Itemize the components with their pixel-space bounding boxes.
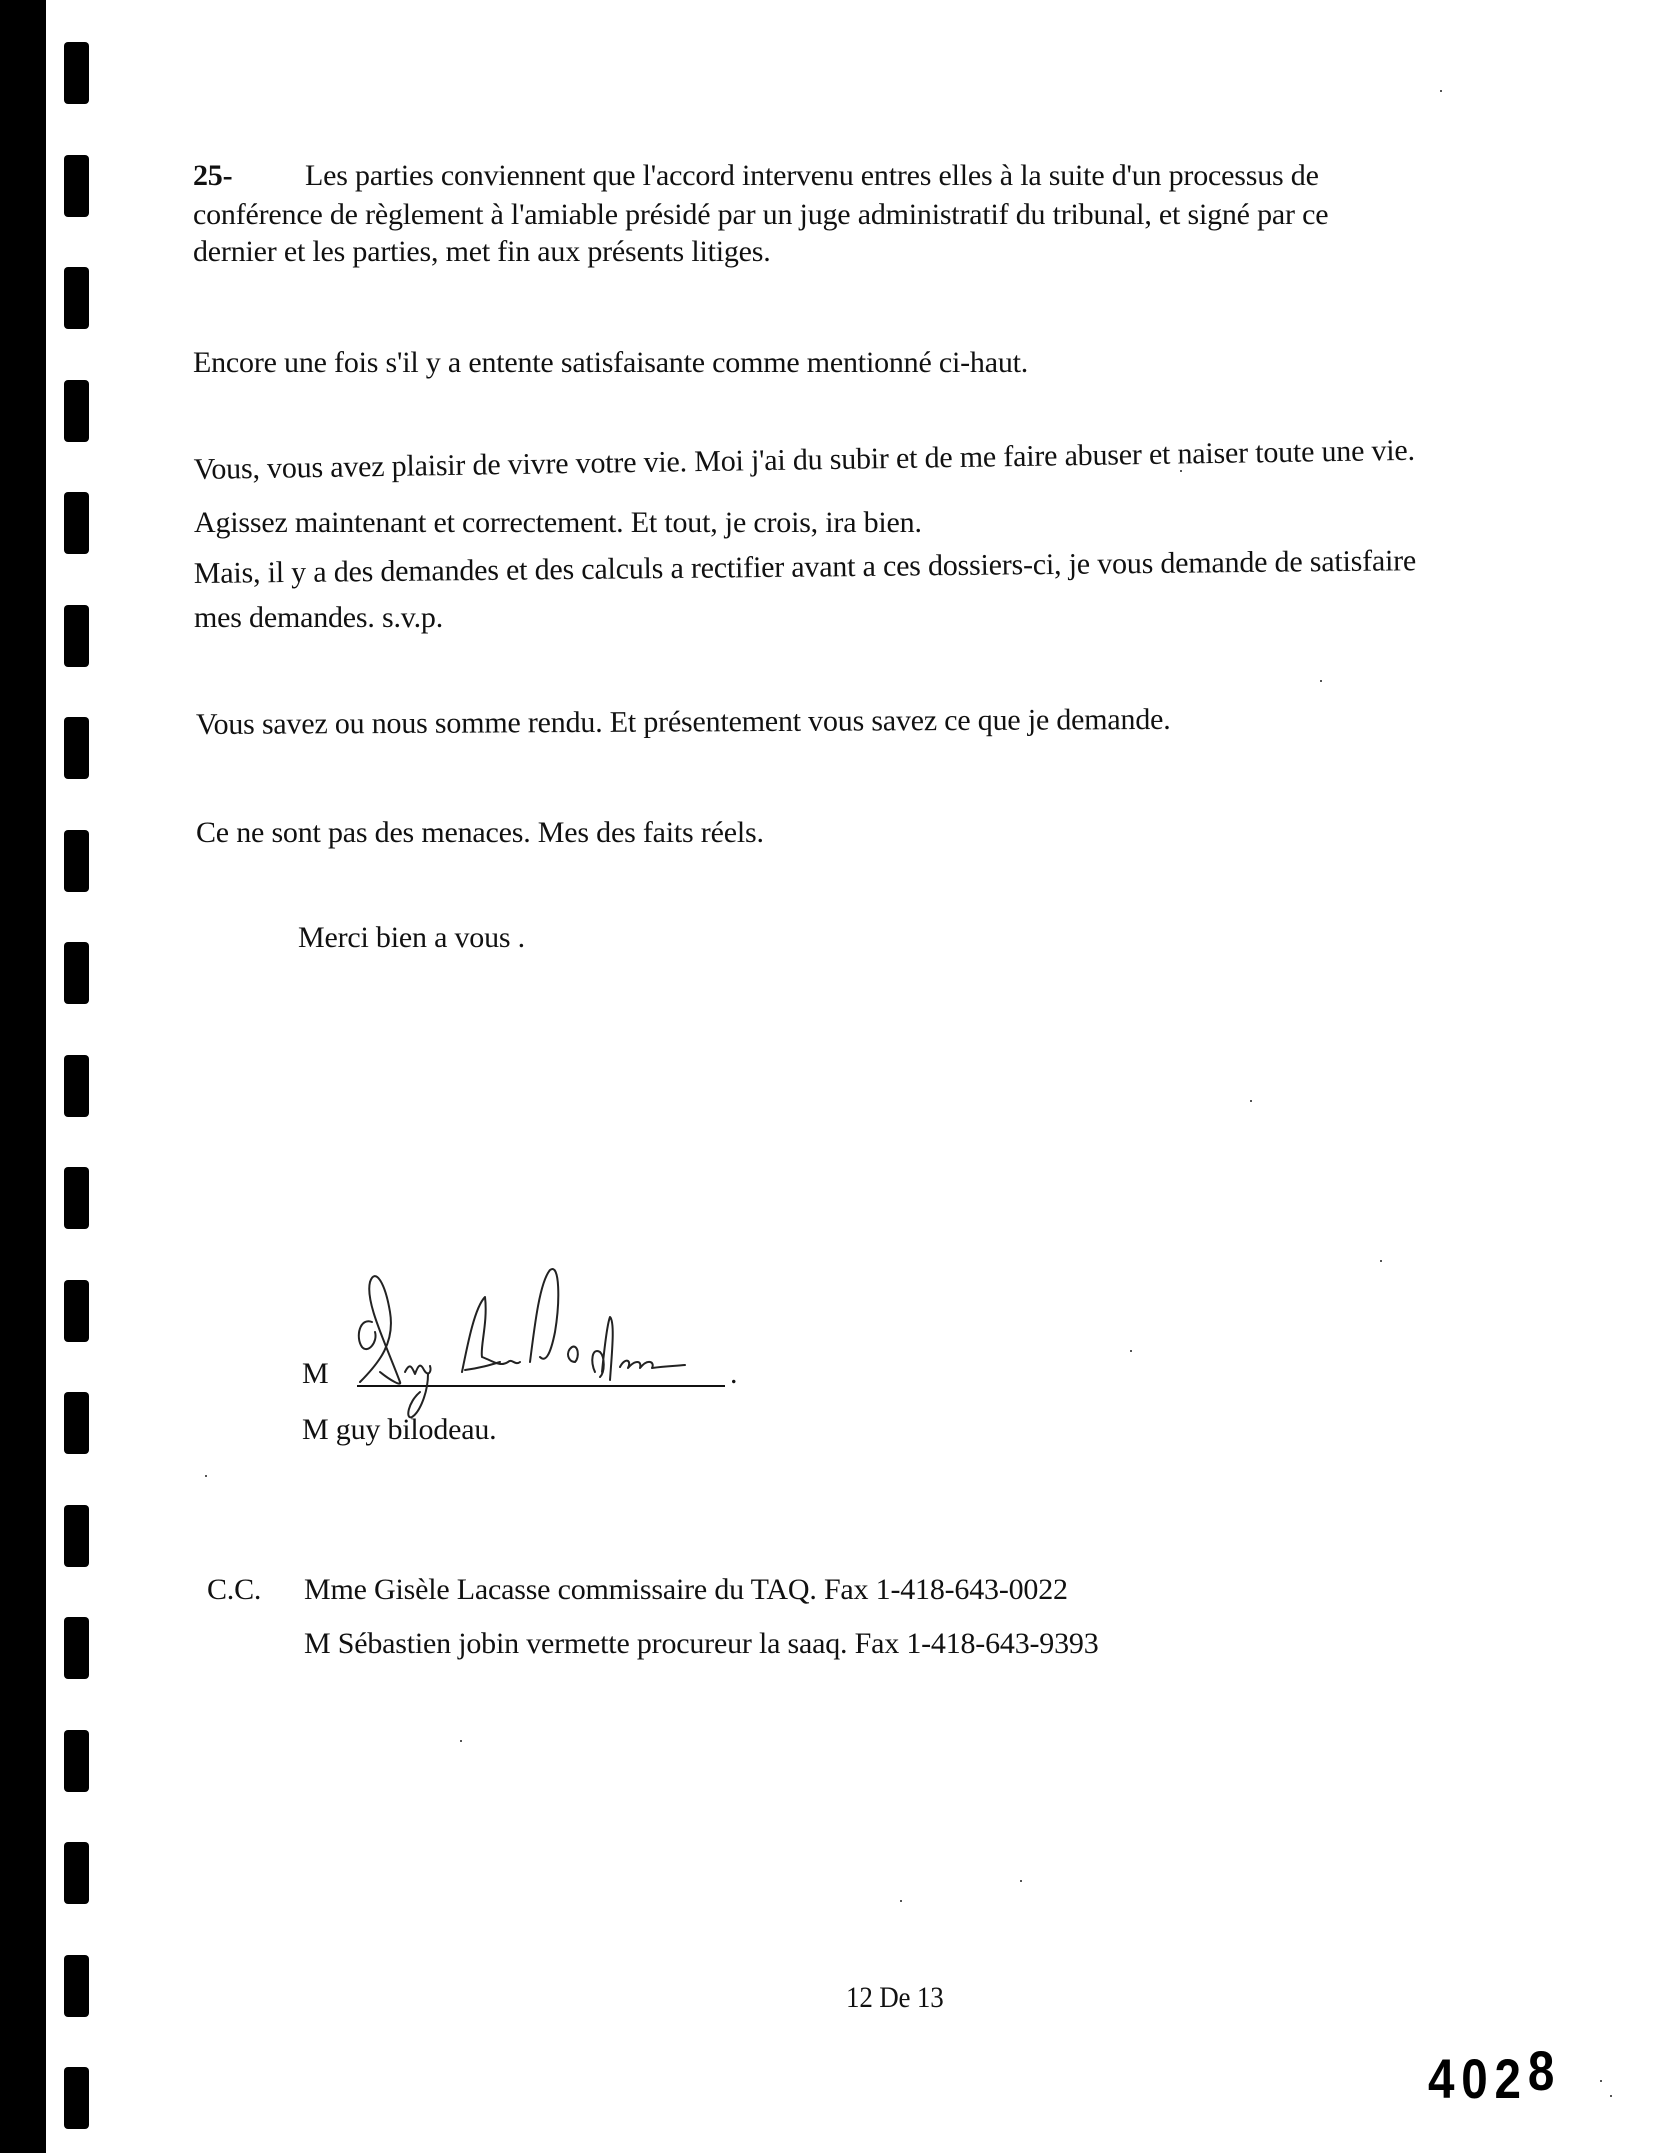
punch-mark [64, 1505, 89, 1567]
punch-mark [64, 267, 89, 329]
punch-mark [64, 380, 89, 442]
punch-mark [64, 1842, 89, 1904]
scan-speck [1440, 90, 1442, 92]
signature-prefix: M [302, 1359, 328, 1389]
punch-mark [64, 605, 89, 667]
mais-line-2: mes demandes. s.v.p. [194, 603, 443, 633]
menaces-line: Ce ne sont pas des menaces. Mes des fait… [196, 818, 764, 848]
scan-edge-black-strip [0, 0, 46, 2153]
agissez-line: Agissez maintenant et correctement. Et t… [194, 508, 922, 538]
closing-line: Merci bien a vous . [298, 923, 525, 953]
cc-recipient-2: M Sébastien jobin vermette procureur la … [304, 1629, 1099, 1659]
printed-signer-name: M guy bilodeau. [302, 1415, 496, 1445]
stamp-digits: 402 [1428, 2047, 1528, 2110]
punch-mark [64, 1280, 89, 1342]
scan-speck [1380, 1260, 1382, 1262]
punch-mark [64, 1955, 89, 2017]
punch-mark [64, 1055, 89, 1117]
punch-mark [64, 830, 89, 892]
mais-line-1: Mais, il y a des demandes et des calculs… [194, 546, 1417, 589]
scan-speck [1610, 2095, 1612, 2097]
punch-mark [64, 1167, 89, 1229]
paragraph-25-line-1: 25- Les parties conviennent que l'accord… [193, 161, 1319, 191]
scan-speck [460, 1740, 462, 1742]
scan-speck [1130, 1350, 1132, 1352]
handwritten-signature [350, 1262, 750, 1422]
punch-mark [64, 717, 89, 779]
punch-mark [64, 942, 89, 1004]
cc-recipient-1: Mme Gisèle Lacasse commissaire du TAQ. F… [304, 1575, 1068, 1605]
bates-stamp-number: 4028 [1428, 2046, 1561, 2111]
stamp-raised-digit: 8 [1528, 2039, 1561, 2102]
vous-plaisir-line: Vous, vous avez plaisir de vivre votre v… [194, 436, 1416, 485]
punch-mark [64, 1617, 89, 1679]
punch-mark [64, 1730, 89, 1792]
punch-mark [64, 2067, 89, 2129]
scanned-document-page: 25- Les parties conviennent que l'accord… [0, 0, 1653, 2153]
encore-line: Encore une fois s'il y a entente satisfa… [193, 348, 1028, 378]
paragraph-text: Les parties conviennent que l'accord int… [305, 159, 1319, 192]
punch-mark [64, 492, 89, 554]
page-number: 12 De 13 [846, 1983, 944, 2013]
paragraph-25-line-3: dernier et les parties, met fin aux prés… [193, 237, 771, 267]
scan-speck [205, 1475, 207, 1477]
paragraph-number: 25- [193, 159, 232, 192]
scan-speck [1180, 470, 1182, 472]
punch-mark [64, 155, 89, 217]
vous-savez-line: Vous savez ou nous somme rendu. Et prése… [196, 705, 1171, 740]
scan-speck [900, 1900, 902, 1902]
cc-label: C.C. [207, 1575, 261, 1605]
scan-speck [1600, 2080, 1602, 2082]
scan-speck [1250, 1100, 1252, 1102]
punch-mark [64, 1392, 89, 1454]
scan-speck [1020, 1880, 1022, 1882]
scan-speck [1320, 680, 1322, 682]
punch-mark [64, 42, 89, 104]
paragraph-25-line-2: conférence de règlement à l'amiable prés… [193, 200, 1328, 230]
